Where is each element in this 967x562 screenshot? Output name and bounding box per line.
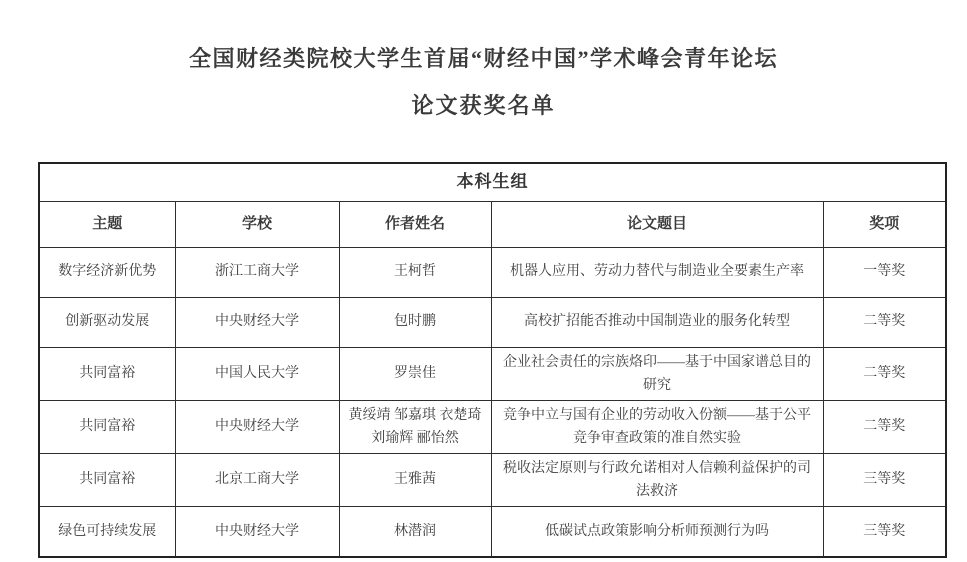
cell-school: 中央财经大学 bbox=[175, 297, 339, 347]
page-title-line2: 论文获奖名单 bbox=[0, 89, 967, 120]
cell-award: 三等奖 bbox=[823, 507, 946, 557]
cell-school: 浙江工商大学 bbox=[175, 247, 339, 297]
col-header-paper: 论文题目 bbox=[491, 201, 823, 247]
cell-theme: 创新驱动发展 bbox=[39, 297, 175, 347]
group-header-row: 本科生组 bbox=[39, 163, 946, 201]
cell-school: 中国人民大学 bbox=[175, 347, 339, 400]
table-row: 数字经济新优势 浙江工商大学 王柯哲 机器人应用、劳动力替代与制造业全要素生产率… bbox=[39, 247, 946, 297]
group-header: 本科生组 bbox=[39, 163, 946, 201]
title-block: 全国财经类院校大学生首届“财经中国”学术峰会青年论坛 论文获奖名单 bbox=[0, 0, 967, 120]
cell-authors: 包时鹏 bbox=[339, 297, 491, 347]
cell-paper: 低碳试点政策影响分析师预测行为吗 bbox=[491, 507, 823, 557]
cell-theme: 共同富裕 bbox=[39, 400, 175, 453]
cell-theme: 数字经济新优势 bbox=[39, 247, 175, 297]
cell-theme: 绿色可持续发展 bbox=[39, 507, 175, 557]
col-header-school: 学校 bbox=[175, 201, 339, 247]
cell-school: 中央财经大学 bbox=[175, 507, 339, 557]
document-page: 全国财经类院校大学生首届“财经中国”学术峰会青年论坛 论文获奖名单 本科生组 主… bbox=[0, 0, 967, 562]
col-header-authors: 作者姓名 bbox=[339, 201, 491, 247]
col-header-award: 奖项 bbox=[823, 201, 946, 247]
cell-award: 二等奖 bbox=[823, 347, 946, 400]
cell-authors: 王柯哲 bbox=[339, 247, 491, 297]
table-row: 共同富裕 北京工商大学 王雅茜 税收法定原则与行政允诺相对人信赖利益保护的司法救… bbox=[39, 453, 946, 506]
cell-award: 三等奖 bbox=[823, 453, 946, 506]
cell-paper: 高校扩招能否推动中国制造业的服务化转型 bbox=[491, 297, 823, 347]
cell-authors: 罗崇佳 bbox=[339, 347, 491, 400]
column-header-row: 主题 学校 作者姓名 论文题目 奖项 bbox=[39, 201, 946, 247]
cell-school: 中央财经大学 bbox=[175, 400, 339, 453]
table-row: 绿色可持续发展 中央财经大学 林潜润 低碳试点政策影响分析师预测行为吗 三等奖 bbox=[39, 507, 946, 557]
cell-award: 二等奖 bbox=[823, 400, 946, 453]
col-header-theme: 主题 bbox=[39, 201, 175, 247]
cell-award: 二等奖 bbox=[823, 297, 946, 347]
cell-paper: 机器人应用、劳动力替代与制造业全要素生产率 bbox=[491, 247, 823, 297]
cell-award: 一等奖 bbox=[823, 247, 946, 297]
cell-paper: 企业社会责任的宗族烙印——基于中国家谱总目的研究 bbox=[491, 347, 823, 400]
cell-authors: 黄绥靖 邹嘉琪 衣楚琦 刘瑜辉 郦怡然 bbox=[339, 400, 491, 453]
cell-theme: 共同富裕 bbox=[39, 453, 175, 506]
table-row: 创新驱动发展 中央财经大学 包时鹏 高校扩招能否推动中国制造业的服务化转型 二等… bbox=[39, 297, 946, 347]
cell-theme: 共同富裕 bbox=[39, 347, 175, 400]
cell-authors: 林潜润 bbox=[339, 507, 491, 557]
awards-table: 本科生组 主题 学校 作者姓名 论文题目 奖项 数字经济新优势 浙江工商大学 王… bbox=[38, 162, 947, 558]
page-title-line1: 全国财经类院校大学生首届“财经中国”学术峰会青年论坛 bbox=[0, 42, 967, 73]
table-row: 共同富裕 中央财经大学 黄绥靖 邹嘉琪 衣楚琦 刘瑜辉 郦怡然 竞争中立与国有企… bbox=[39, 400, 946, 453]
cell-paper: 竞争中立与国有企业的劳动收入份额——基于公平竞争审查政策的准自然实验 bbox=[491, 400, 823, 453]
table-row: 共同富裕 中国人民大学 罗崇佳 企业社会责任的宗族烙印——基于中国家谱总目的研究… bbox=[39, 347, 946, 400]
cell-school: 北京工商大学 bbox=[175, 453, 339, 506]
cell-authors: 王雅茜 bbox=[339, 453, 491, 506]
cell-paper: 税收法定原则与行政允诺相对人信赖利益保护的司法救济 bbox=[491, 453, 823, 506]
